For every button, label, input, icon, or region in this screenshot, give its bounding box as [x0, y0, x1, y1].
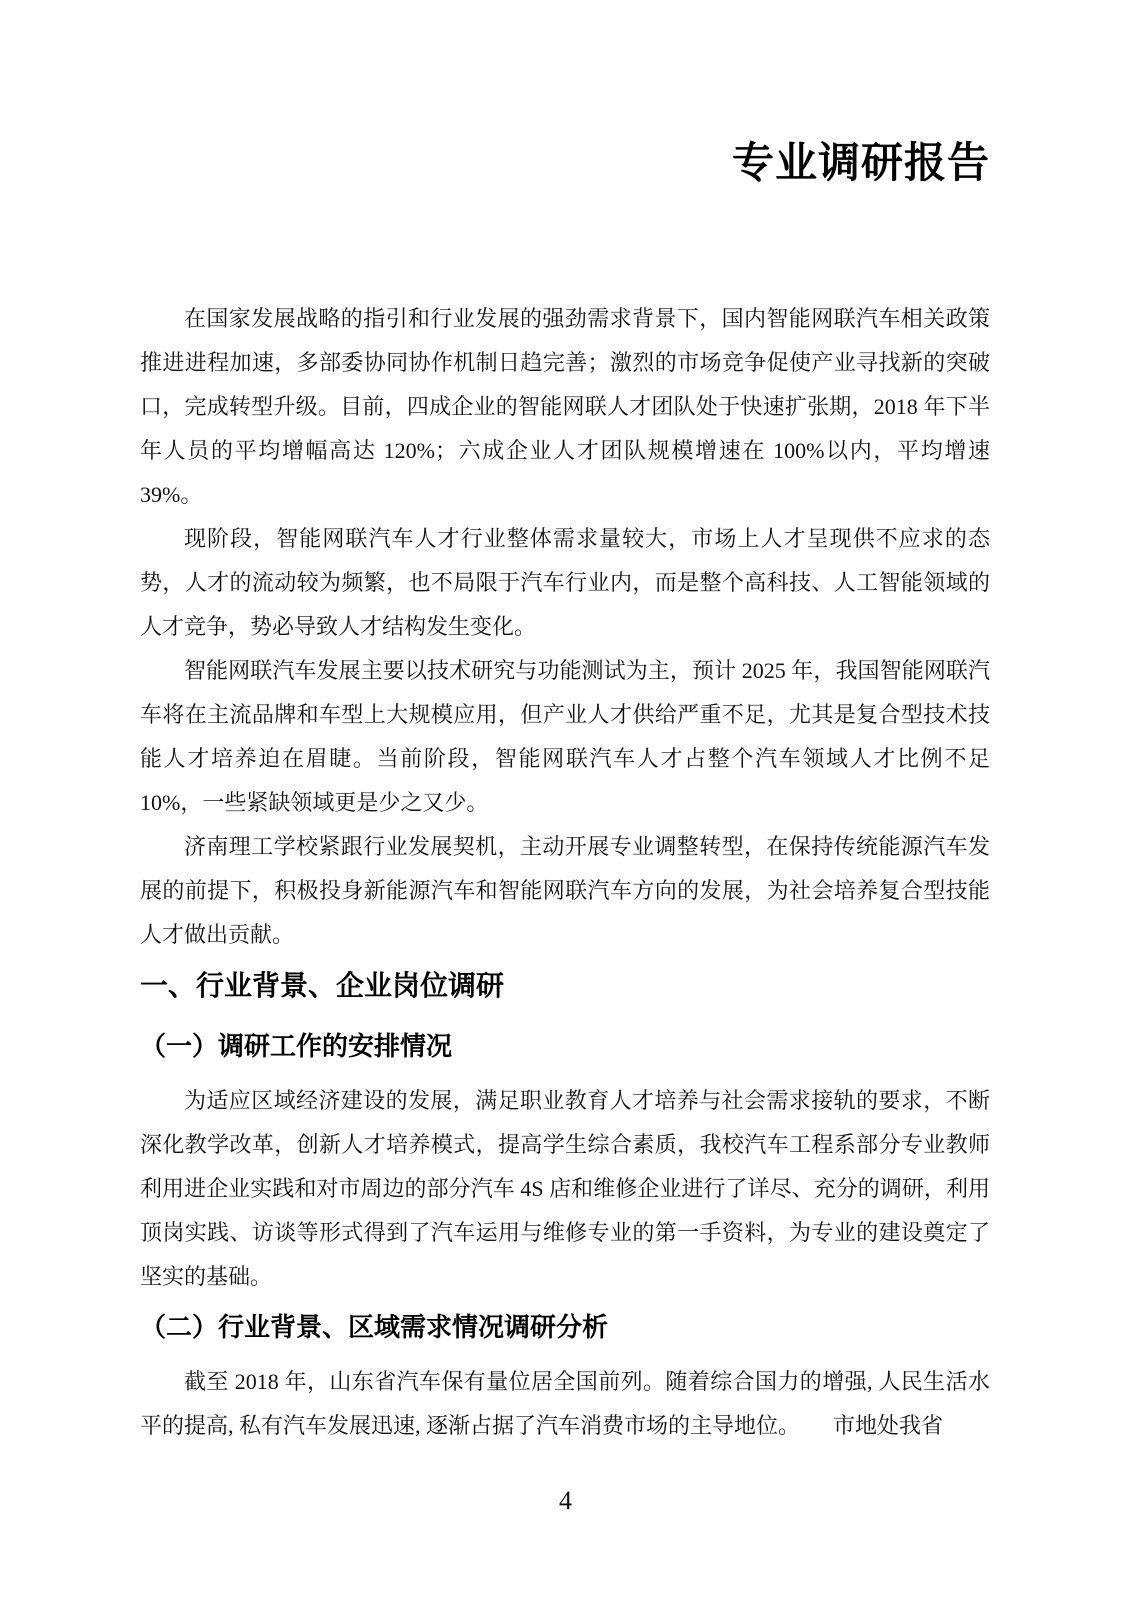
document-title: 专业调研报告: [140, 140, 990, 188]
paragraph: 截至 2018 年，山东省汽车保有量位居全国前列。随着综合国力的增强, 人民生活…: [140, 1360, 990, 1448]
paragraph: 为适应区域经济建设的发展，满足职业教育人才培养与社会需求接轨的要求，不断深化教学…: [140, 1079, 990, 1299]
document-page: 专业调研报告 在国家发展战略的指引和行业发展的强劲需求背景下，国内智能网联汽车相…: [0, 0, 1131, 1600]
subsection-heading: （二）行业背景、区域需求情况调研分析: [140, 1311, 990, 1343]
page-number: 4: [0, 1486, 1131, 1516]
paragraph: 在国家发展战略的指引和行业发展的强劲需求背景下，国内智能网联汽车相关政策推进进程…: [140, 297, 990, 517]
subsection-heading: （一）调研工作的安排情况: [140, 1030, 990, 1062]
paragraph: 济南理工学校紧跟行业发展契机，主动开展专业调整转型，在保持传统能源汽车发展的前提…: [140, 825, 990, 957]
section-heading: 一、行业背景、企业岗位调研: [140, 969, 990, 1003]
paragraph: 现阶段，智能网联汽车人才行业整体需求量较大，市场上人才呈现供不应求的态势，人才的…: [140, 517, 990, 649]
paragraph: 智能网联汽车发展主要以技术研究与功能测试为主，预计 2025 年，我国智能网联汽…: [140, 649, 990, 825]
document-content: 专业调研报告 在国家发展战略的指引和行业发展的强劲需求背景下，国内智能网联汽车相…: [0, 140, 1131, 1448]
